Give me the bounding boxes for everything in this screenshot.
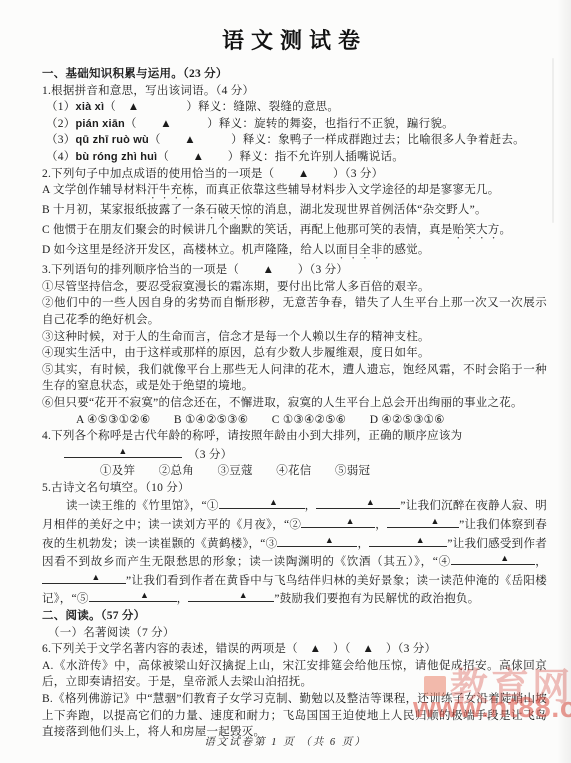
pinyin-text: xià xì [76,101,105,113]
answer-blank: ▲ [89,589,177,602]
q2-option-c: C 他惯于在朋友们聚会的时候讲几个幽默的笑话，再配上他那可笑的表情，真是贻笑大方… [42,222,547,242]
q1-item-2: （2）pián xiān（ ▲ ）释义：旋转的舞姿，也指行不正貌，蹁行貌。 [42,116,547,133]
answer-blank: ▲ [369,534,447,547]
section2-sub-heading: （一）名著阅读（7 分） [42,625,547,642]
q4-choices-line: ①及笄 ②总角 ③豆蔻 ④花信 ⑤弱冠 [42,463,547,480]
q3-sentence-3: ③这种时候，对于人的生命而言，信念才是每一个人赖以生存的精神支柱。 [42,329,547,346]
q1-stem: 1.根据拼音和意思，写出该词语。（4 分） [42,83,547,100]
q1-item-4: （4）bù róng zhì huì（ ▲ ）释义：指不允许别人插嘴说话。 [42,149,547,166]
q2-stem: 2.下列句子中加点成语的使用恰当的一项是（ ▲ ）（3 分） [42,166,547,183]
pinyin-text: pián xiān [76,118,125,130]
pinyin-text: qū zhī ruò wù [76,134,149,146]
q6-stem: 6.下列关于文学名著内容的表述，错误的两项是（ ▲ ）（ ▲ ）（3 分） [42,641,547,658]
scan-artifact-streak [552,58,554,223]
answer-blank: ▲ [316,496,400,509]
q1-item-1: （1）xià xì（ ▲ ）释义：缝隙、裂缝的意思。 [42,99,547,116]
emphasized-idiom: 石破天惊 [206,204,253,216]
q3-sentence-2: ②他们中的一些人因自身的劣势而自惭形秽，无意苦争春，错失了人生平台上那一次又一次… [42,295,547,328]
section1-heading: 一、基础知识积累与运用。（23 分） [42,66,547,83]
q5-stem: 5.古诗文名句填空。（10 分） [42,480,547,497]
answer-blank: ▲ [387,515,459,528]
q4-stem: 4.下列各个称呼是古代年龄的称呼，请按照年龄由小到大排列，正确的顺序应该为 [42,428,547,445]
q3-stem: 3.下列语句的排列顺序恰当的一项是（ ▲ ）（3 分） [42,262,547,279]
q2-option-d: D 如今这里是经济开发区，高楼林立。机声隆隆，给人以面目全非的感觉。 [42,242,547,262]
q4-answer-blank-line: ▲ （3 分） [42,445,547,464]
answer-blank: ▲ [301,515,375,528]
q1-item-3: （3）qū zhī ruò wù（ ▲ ）释义：象鸭子一样成群跑过去；比喻很多人… [42,132,547,149]
footer-page-number: 语文试卷第 1 页 （共 6 页） [0,734,571,749]
emphasized-idiom: 面目全非 [336,244,383,256]
emphasized-idiom: 贻笑大方 [453,224,500,236]
answer-blank: ▲ [64,445,182,458]
q3-sentence-6: ⑥但只要“花开不寂寞”的信念还在，不懈进取，寂寞的人生平台上总会开出绚丽的事业之… [42,395,547,412]
q3-options-line: A ④⑤③①②⑥ B ①④②⑤③⑥ C ①③④②⑤⑥ D ④②⑤③①⑥ [42,412,547,429]
answer-blank: ▲ [42,571,126,584]
scanned-test-paper-page: 语文测试卷 一、基础知识积累与运用。（23 分） 1.根据拼音和意思，写出该词语… [0,0,571,763]
answer-blank: ▲ [188,589,274,602]
page-title: 语文测试卷 [42,26,547,56]
q3-sentence-4: ④现实生活中，由于这样或那样的原因，总有少数人步履维艰，度日如年。 [42,345,547,362]
q6-option-a: A.《水浒传》中，高俅被梁山好汉擒捉上山，宋江安排筵会给他压惊，请他促成招安。高… [42,658,547,691]
answer-blank: ▲ [277,534,357,547]
q2-option-a: A 文学创作辅导材料汗牛充栋，而真正依靠这些辅导材料步入文学途径的却是寥寥无几。 [42,182,547,202]
answer-blank: ▲ [219,496,305,509]
q3-sentence-1: ①尽管坚持信念，要忍受寂寞漫长的霜冻期，要付出比常人多百倍的艰辛。 [42,279,547,296]
section2-heading: 二、阅读。（57 分） [42,608,547,625]
answer-blank: ▲ [451,552,535,565]
pinyin-text: bù róng zhì huì [76,151,158,163]
emphasized-idiom: 汗牛充栋 [147,184,194,196]
q3-sentence-5: ⑤其实，有时候，我们就像平台上那些无人问津的花木，遭人遗忘，饱经风霜，不时会陷于… [42,362,547,395]
q5-passage: 读一读王维的《竹里馆》，“①▲，▲”让我们沉醉在夜静人寂、明月相伴的美好之中；读… [42,496,547,608]
q2-option-b: B 十月初，某家报纸披露了一条石破天惊的消息，湖北发现世界首例活体“杂交野人”。 [42,202,547,222]
paper-content: 语文测试卷 一、基础知识积累与运用。（23 分） 1.根据拼音和意思，写出该词语… [42,26,547,741]
